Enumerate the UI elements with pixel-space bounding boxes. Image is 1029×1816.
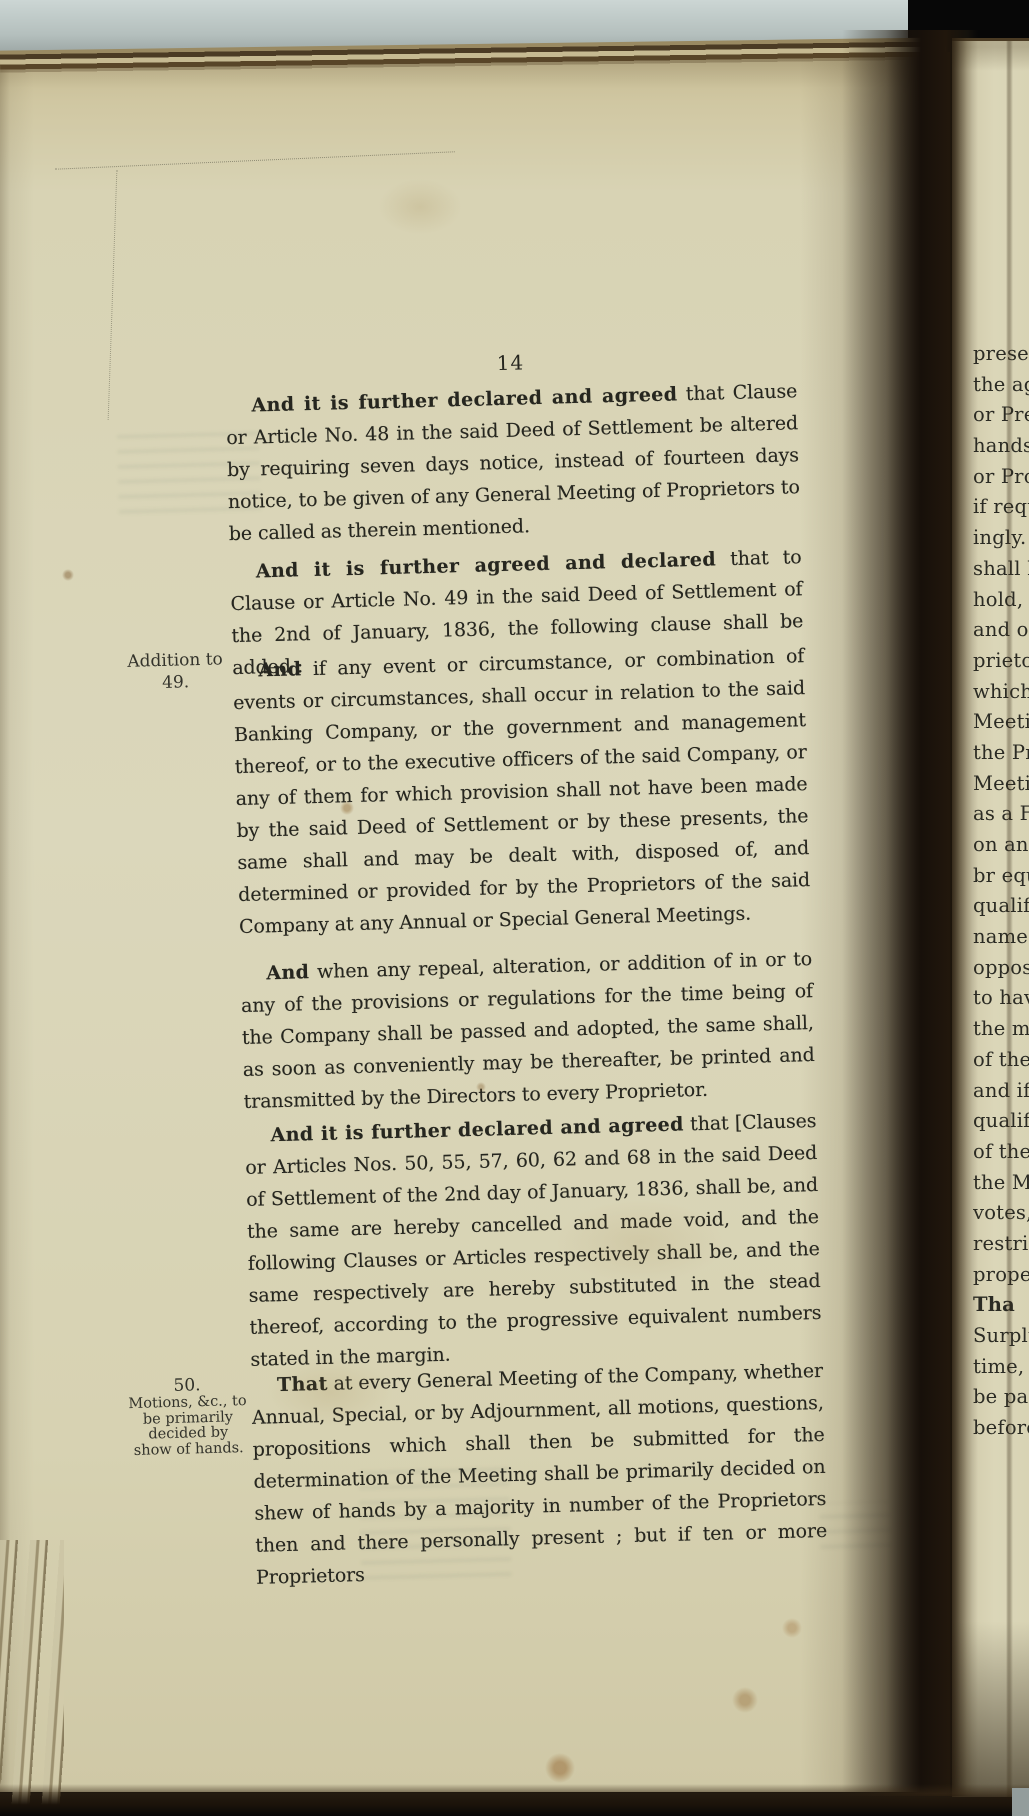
- right-page-text-line: to hav: [973, 983, 1029, 1014]
- right-page-text-line: on an: [973, 830, 1029, 861]
- paragraph-text: that [Clauses or Articles Nos. 50, 55, 5…: [245, 1110, 822, 1371]
- right-page-text-line: the M: [973, 1168, 1029, 1199]
- book-page-left: 14 And it is further declared and agreed…: [0, 52, 950, 1792]
- paragraph-text: at every General Meeting of the Company,…: [252, 1360, 828, 1589]
- right-page-text-line: br equ: [973, 861, 1029, 892]
- blackletter-lead: And: [266, 961, 310, 984]
- right-page-text-line: or Prop: [973, 462, 1029, 493]
- right-page-text-line: of the: [973, 1137, 1029, 1168]
- right-page-text-fragments: presentthe aggor Prefhands,or Propif req…: [973, 339, 1029, 1469]
- right-page-text-line: if requ: [973, 492, 1029, 523]
- page-stack-edges: [0, 1540, 64, 1816]
- right-page-text-line: of the: [973, 1045, 1029, 1076]
- blackletter-lead: That: [277, 1373, 328, 1396]
- paragraph-text: when any repeal, alteration, or addition…: [241, 948, 815, 1113]
- right-page-text-line: votes,: [973, 1198, 1029, 1229]
- paragraph-text: if any event or circumstance, or combina…: [233, 645, 810, 938]
- margin-note-line: show of hands.: [121, 1440, 257, 1459]
- blackletter-lead: And: [258, 658, 302, 681]
- blackletter-lead: And it is further agreed and declared: [255, 548, 716, 582]
- right-page-text-line: and if: [973, 1076, 1029, 1107]
- paragraph-repeal-notice: And when any repeal, alteration, or addi…: [240, 943, 816, 1118]
- right-page-text-line: name: [973, 922, 1029, 953]
- paragraph-addition-to-49: And if any event or circumstance, or com…: [232, 640, 811, 943]
- right-page-text-line: hold, a: [973, 585, 1029, 616]
- right-page-text-line: prietor: [973, 646, 1029, 677]
- right-page-text-line: qualifi: [973, 1106, 1029, 1137]
- margin-note-50: 50. Motions, &c., to be primarily decide…: [119, 1374, 257, 1460]
- right-page-text-line: proper: [973, 1260, 1029, 1291]
- right-page-text-line: qualifi: [973, 891, 1029, 922]
- right-page-text-line: Meetin: [973, 707, 1029, 738]
- blackletter-lead: And it is further declared and agreed: [270, 1113, 684, 1146]
- right-page-text-line: time, i: [973, 1352, 1029, 1383]
- right-page-text-line: present: [973, 339, 1029, 370]
- book-page-right-partial: presentthe aggor Prefhands,or Propif req…: [952, 38, 1029, 1797]
- page-printed-content: 14 And it is further declared and agreed…: [0, 34, 971, 1798]
- page-number: 14: [224, 343, 796, 382]
- bottom-edge-shadow: [0, 1784, 1029, 1816]
- right-page-text-line: Tha: [973, 1290, 1029, 1321]
- paragraph-cancelled-articles: And it is further declared and agreed th…: [244, 1105, 823, 1376]
- right-page-text-line: hands,: [973, 431, 1029, 462]
- margin-note-line: Addition to: [116, 648, 235, 673]
- right-page-text-line: the agg: [973, 370, 1029, 401]
- right-page-text-line: shall h: [973, 554, 1029, 585]
- paragraph-clause-48: And it is further declared and agreed th…: [225, 375, 801, 550]
- right-page-text-line: be pai: [973, 1382, 1029, 1413]
- paragraph-article-50: That at every General Meeting of the Com…: [251, 1355, 829, 1594]
- right-page-text-line: or Pref: [973, 400, 1029, 431]
- margin-note-line: 49.: [116, 670, 235, 695]
- right-page-text-line: which: [973, 677, 1029, 708]
- right-page-text-line: the Pr: [973, 738, 1029, 769]
- right-page-text-line: and on: [973, 615, 1029, 646]
- right-page-text-line: as a F: [973, 799, 1029, 830]
- right-page-text-line: ingly.: [973, 523, 1029, 554]
- margin-note-addition-to-49: Addition to 49.: [116, 648, 235, 695]
- scanned-book-spread: 14 And it is further declared and agreed…: [0, 0, 1029, 1816]
- right-page-text-line: restric: [973, 1229, 1029, 1260]
- right-page-text-line: the m: [973, 1014, 1029, 1045]
- right-page-text-line: opposi: [973, 953, 1029, 984]
- right-page-text-line: before: [973, 1413, 1029, 1444]
- right-page-text-line: Surplu: [973, 1321, 1029, 1352]
- scanner-background-sliver: [1012, 1788, 1029, 1816]
- right-page-text-line: Meetin: [973, 769, 1029, 800]
- blackletter-lead: And it is further declared and agreed: [251, 383, 678, 416]
